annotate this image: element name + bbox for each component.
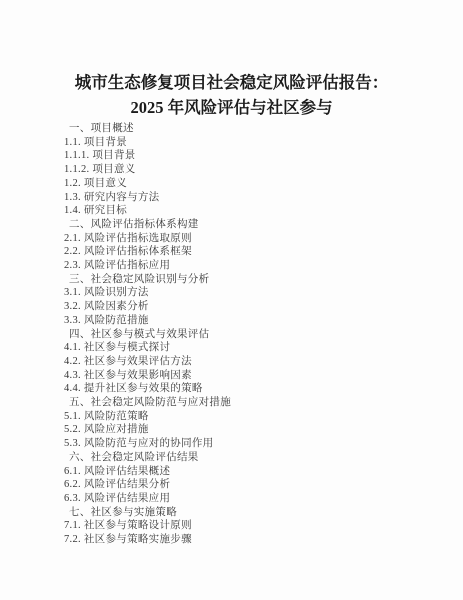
toc-item: 二、风险评估指标体系构建 (64, 218, 443, 232)
document-page: 城市生态修复项目社会稳定风险评估报告： 2025 年风险评估与社区参与 一、项目… (0, 0, 463, 600)
toc-item: 4.2. 社区参与效果评估方法 (64, 355, 443, 369)
toc-item: 1.3. 研究内容与方法 (64, 191, 443, 205)
toc-item: 7.1. 社区参与策略设计原则 (64, 519, 443, 533)
toc-item: 3.3. 风险防范措施 (64, 314, 443, 328)
toc-item: 2.1. 风险评估指标选取原则 (64, 232, 443, 246)
toc-item: 七、社区参与实施策略 (64, 506, 443, 520)
toc-item: 6.1. 风险评估结果概述 (64, 465, 443, 479)
toc-item: 1.4. 研究目标 (64, 204, 443, 218)
toc-item: 5.2. 风险应对措施 (64, 423, 443, 437)
toc-item: 3.1. 风险识别方法 (64, 286, 443, 300)
toc-item: 6.3. 风险评估结果应用 (64, 492, 443, 506)
toc-item: 7.2. 社区参与策略实施步骤 (64, 533, 443, 547)
toc-item: 4.3. 社区参与效果影响因素 (64, 369, 443, 383)
toc-item: 5.3. 风险防范与应对的协同作用 (64, 437, 443, 451)
toc-item: 1.2. 项目意义 (64, 177, 443, 191)
toc-item: 1.1.2. 项目意义 (64, 163, 443, 177)
toc-item: 4.4. 提升社区参与效果的策略 (64, 382, 443, 396)
toc-item: 1.1.1. 项目背景 (64, 149, 443, 163)
title-line-1: 城市生态修复项目社会稳定风险评估报告： (0, 70, 463, 95)
toc-item: 6.2. 风险评估结果分析 (64, 478, 443, 492)
toc-item: 六、社会稳定风险评估结果 (64, 451, 443, 465)
toc-item: 4.1. 社区参与模式探讨 (64, 341, 443, 355)
toc-item: 2.3. 风险评估指标应用 (64, 259, 443, 273)
toc-item: 2.2. 风险评估指标体系框架 (64, 245, 443, 259)
toc-item: 5.1. 风险防范策略 (64, 410, 443, 424)
table-of-contents: 一、项目概述1.1. 项目背景1.1.1. 项目背景1.1.2. 项目意义1.2… (0, 120, 463, 547)
title-line-2: 2025 年风险评估与社区参与 (0, 95, 463, 120)
toc-item: 一、项目概述 (64, 122, 443, 136)
toc-item: 五、社会稳定风险防范与应对措施 (64, 396, 443, 410)
toc-item: 三、社会稳定风险识别与分析 (64, 273, 443, 287)
toc-item: 3.2. 风险因素分析 (64, 300, 443, 314)
toc-item: 四、社区参与模式与效果评估 (64, 328, 443, 342)
toc-item: 1.1. 项目背景 (64, 136, 443, 150)
document-title: 城市生态修复项目社会稳定风险评估报告： 2025 年风险评估与社区参与 (0, 0, 463, 120)
